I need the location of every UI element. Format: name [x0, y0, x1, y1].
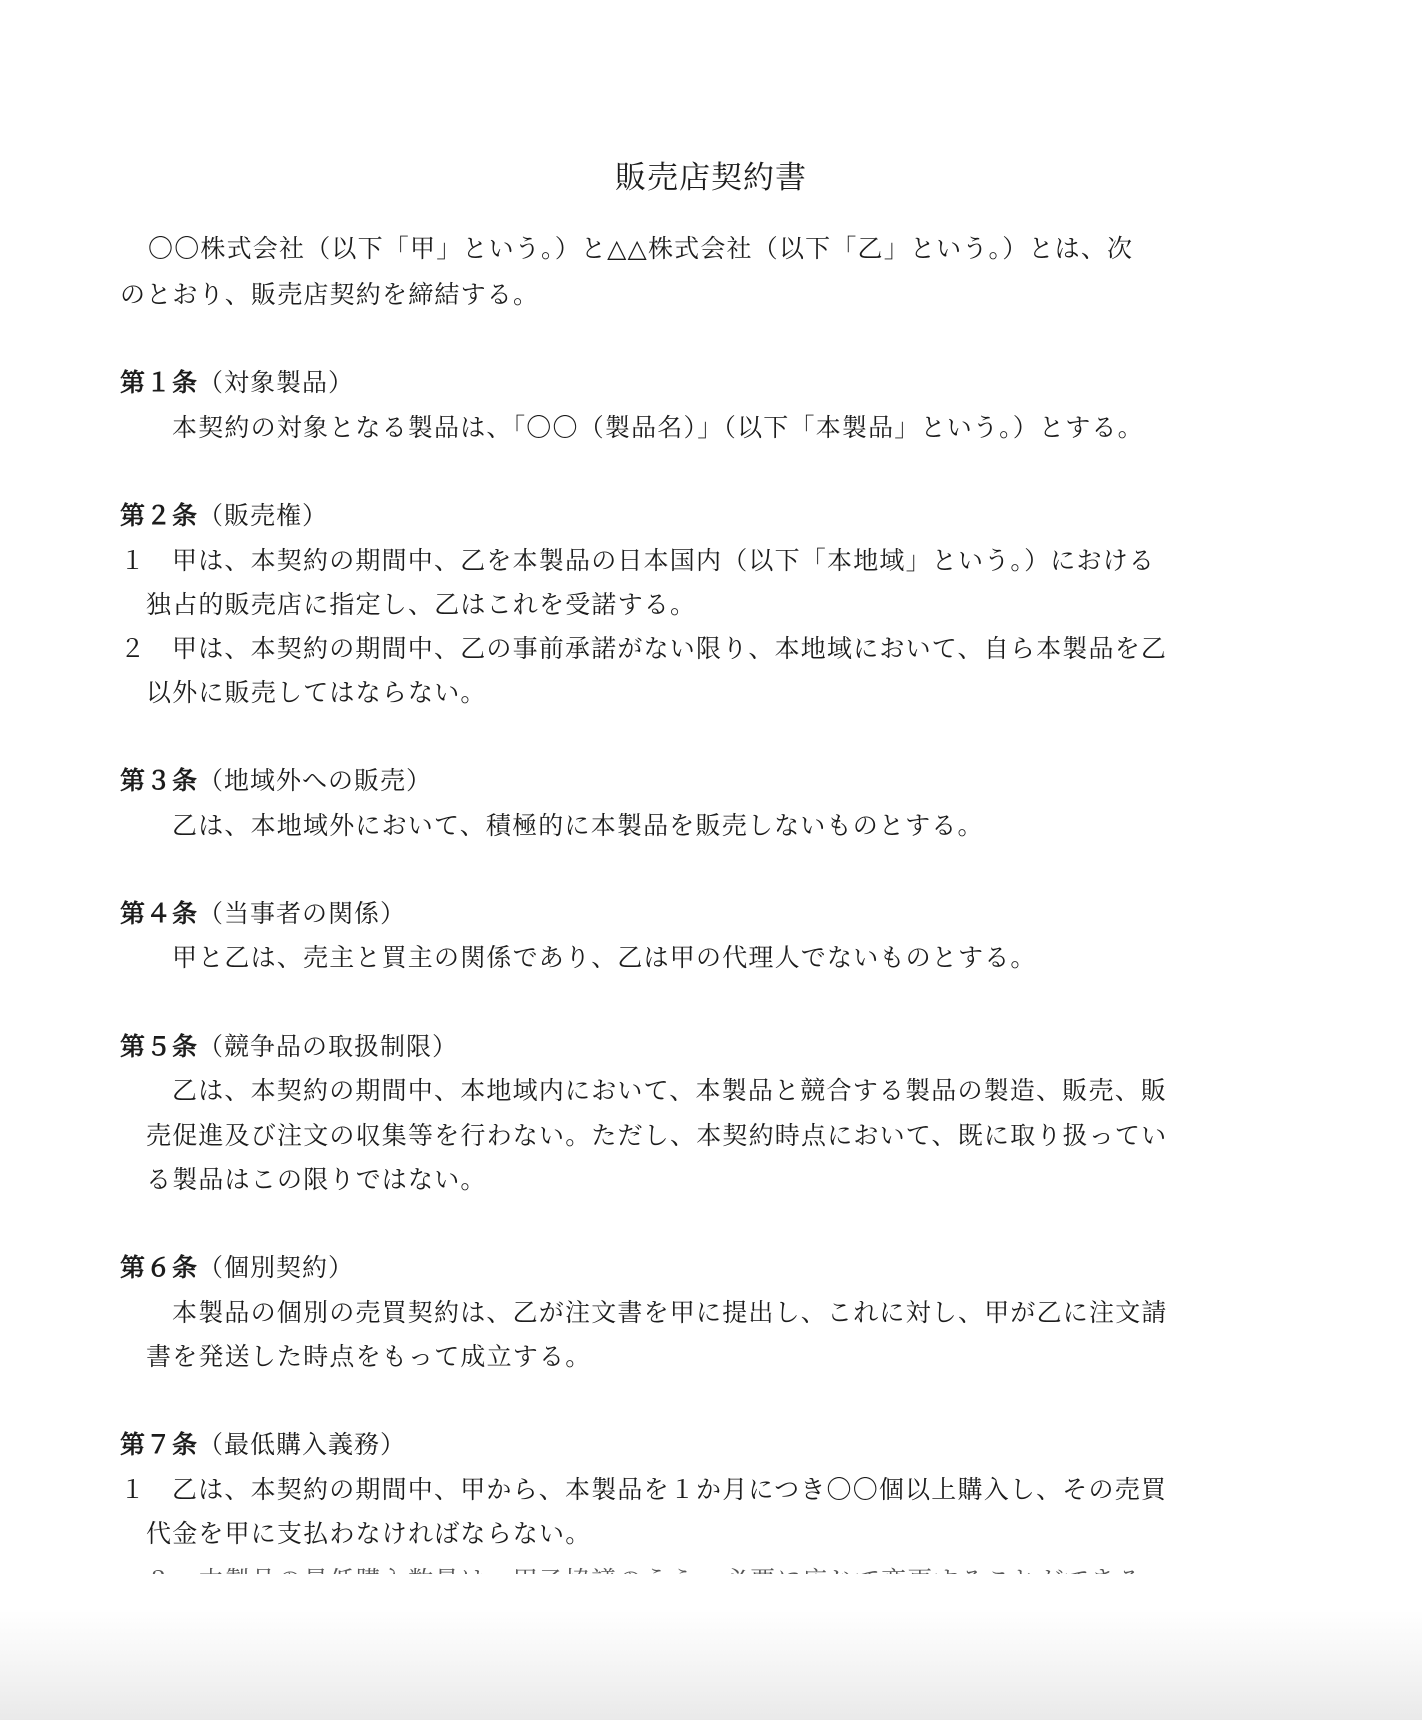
- article-2-caption: （販売権）: [198, 501, 328, 530]
- article-2-clause-1-number: １: [120, 538, 146, 583]
- article-6-number: 第６条: [120, 1253, 198, 1282]
- article-2-clause-1-line-1: 甲は、本契約の期間中、乙を本製品の日本国内（以下「本地域」という。）における: [172, 538, 1155, 583]
- article-2-clause-2-line-2: 以外に販売してはならない。: [146, 670, 487, 715]
- article-4-caption: （当事者の関係）: [198, 899, 406, 928]
- article-5-line-3: る製品はこの限りではない。: [146, 1157, 487, 1202]
- article-7-clause-1-number: １: [120, 1467, 146, 1512]
- article-3-number: 第３条: [120, 766, 198, 795]
- article-2-heading: 第２条（販売権）: [120, 493, 328, 538]
- cutoff-line-text: ２ 本製品の最低購入数量は、甲乙協議のうえ、必要に応じて変更することができる。: [146, 1562, 1256, 1574]
- article-6-heading: 第６条（個別契約）: [120, 1245, 354, 1290]
- article-6-caption: （個別契約）: [198, 1253, 354, 1282]
- article-5-line-2: 売促進及び注文の収集等を行わない。ただし、本契約時点において、既に取り扱ってい: [146, 1113, 1167, 1158]
- article-7-caption: （最低購入義務）: [198, 1430, 406, 1459]
- document-title: 販売店契約書: [0, 152, 1422, 197]
- article-3-caption: （地域外への販売）: [198, 766, 432, 795]
- cutoff-line: ２ 本製品の最低購入数量は、甲乙協議のうえ、必要に応じて変更することができる。: [146, 1562, 1256, 1574]
- article-2-clause-2-line-1: 甲は、本契約の期間中、乙の事前承諾がない限り、本地域において、自ら本製品を乙: [172, 626, 1167, 671]
- article-5-number: 第５条: [120, 1032, 198, 1061]
- preamble-line-2: のとおり、販売店契約を締結する。: [120, 272, 539, 317]
- article-1-number: 第１条: [120, 368, 198, 397]
- article-3-line-1: 乙は、本地域外において、積極的に本製品を販売しないものとする。: [172, 803, 984, 848]
- article-2-number: 第２条: [120, 501, 198, 530]
- article-7-number: 第７条: [120, 1430, 198, 1459]
- article-2-clause-1-line-2: 独占的販売店に指定し、乙はこれを受諾する。: [146, 582, 696, 627]
- bottom-fade-overlay: [0, 1610, 1422, 1720]
- article-3-heading: 第３条（地域外への販売）: [120, 758, 432, 803]
- article-5-caption: （競争品の取扱制限）: [198, 1032, 458, 1061]
- article-4-number: 第４条: [120, 899, 198, 928]
- article-5-heading: 第５条（競争品の取扱制限）: [120, 1024, 458, 1069]
- article-4-line-1: 甲と乙は、売主と買主の関係であり、乙は甲の代理人でないものとする。: [172, 935, 1037, 980]
- article-4-heading: 第４条（当事者の関係）: [120, 891, 406, 936]
- article-5-line-1: 乙は、本契約の期間中、本地域内において、本製品と競合する製品の製造、販売、販: [172, 1068, 1167, 1113]
- document-page: 販売店契約書 〇〇株式会社（以下「甲」という。）と△△株式会社（以下「乙」という…: [0, 0, 1422, 1720]
- article-6-line-1: 本製品の個別の売買契約は、乙が注文書を甲に提出し、これに対し、甲が乙に注文請: [172, 1290, 1168, 1335]
- article-1-heading: 第１条（対象製品）: [120, 360, 354, 405]
- article-7-clause-1-line-2: 代金を甲に支払わなければならない。: [146, 1511, 591, 1556]
- article-7-clause-1-line-1: 乙は、本契約の期間中、甲から、本製品を１か月につき〇〇個以上購入し、その売買: [172, 1467, 1167, 1512]
- article-6-line-2: 書を発送した時点をもって成立する。: [146, 1334, 591, 1379]
- article-1-line-1: 本契約の対象となる製品は、「〇〇（製品名）」（以下「本製品」という。）とする。: [172, 405, 1144, 450]
- preamble-line-1: 〇〇株式会社（以下「甲」という。）と△△株式会社（以下「乙」という。）とは、次: [148, 226, 1133, 271]
- article-1-caption: （対象製品）: [198, 368, 354, 397]
- article-2-clause-2-number: ２: [120, 626, 146, 671]
- article-7-heading: 第７条（最低購入義務）: [120, 1422, 406, 1467]
